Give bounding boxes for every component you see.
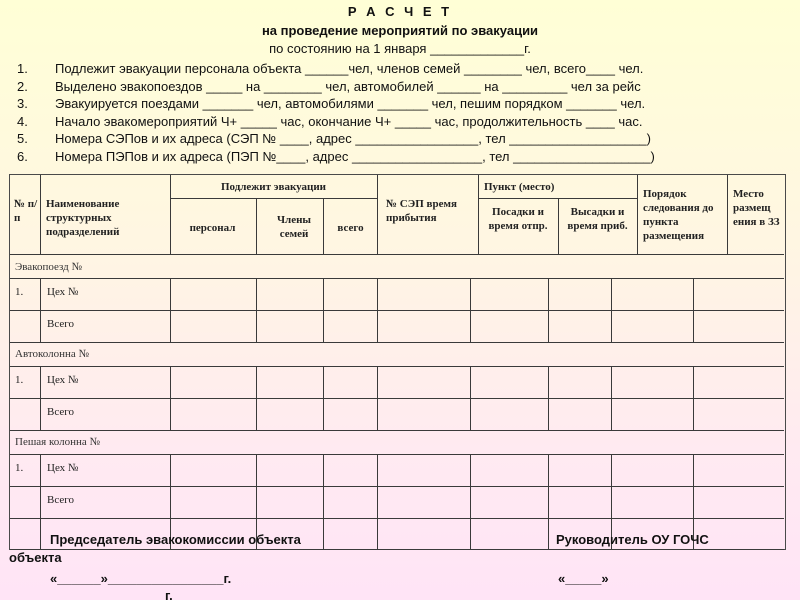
chairman-year: г. bbox=[165, 588, 173, 600]
chairman-signature-cont: объекта bbox=[9, 550, 62, 565]
grid-line bbox=[170, 366, 171, 398]
list-item: 1.Подлежит эвакуации персонала объекта _… bbox=[17, 60, 655, 78]
grid-line bbox=[377, 366, 378, 398]
grid-line bbox=[693, 454, 694, 486]
grid-line bbox=[40, 518, 41, 549]
item-text[interactable]: Эвакуируется поездами _______ чел, автом… bbox=[55, 96, 645, 111]
row-num: 1. bbox=[15, 285, 23, 299]
grid-line bbox=[693, 310, 694, 342]
list-item: 6.Номера ПЭПов и их адреса (ПЭП №____, а… bbox=[17, 148, 655, 166]
grid-line bbox=[10, 366, 784, 367]
item-text[interactable]: Начало эвакомероприятий Ч+ _____ час, ок… bbox=[55, 114, 643, 129]
grid-line bbox=[470, 366, 471, 398]
grid-line bbox=[470, 398, 471, 430]
section-title: Эвакопоезд № bbox=[15, 261, 82, 273]
grid-line bbox=[10, 454, 784, 455]
header-family: Члены семей bbox=[265, 213, 323, 241]
header-total: всего bbox=[323, 221, 378, 235]
header-landing: Высадки и время приб. bbox=[558, 205, 637, 233]
grid-line bbox=[548, 366, 549, 398]
items-list: 1.Подлежит эвакуации персонала объекта _… bbox=[17, 60, 655, 165]
grid-line bbox=[10, 518, 784, 519]
grid-line bbox=[611, 310, 612, 342]
grid-line bbox=[323, 278, 324, 310]
grid-line bbox=[256, 278, 257, 310]
grid-line bbox=[10, 342, 784, 343]
item-text[interactable]: Номера ПЭПов и их адреса (ПЭП №____, адр… bbox=[55, 149, 655, 164]
grid-line bbox=[377, 278, 378, 310]
grid-line bbox=[170, 198, 378, 199]
grid-line bbox=[548, 518, 549, 549]
grid-line bbox=[558, 198, 559, 254]
header-personnel: персонал bbox=[170, 221, 255, 235]
grid-line bbox=[170, 310, 171, 342]
grid-line bbox=[548, 454, 549, 486]
grid-line bbox=[377, 398, 378, 430]
section-title: Пешая колонна № bbox=[15, 436, 100, 448]
grid-line bbox=[10, 278, 784, 279]
grid-line bbox=[548, 310, 549, 342]
chairman-signature-label: Председатель эвакокомиссии объекта bbox=[50, 532, 301, 547]
row-num: 1. bbox=[15, 461, 23, 475]
row-name: Всего bbox=[47, 317, 74, 331]
row-name: Всего bbox=[47, 405, 74, 419]
grid-line bbox=[637, 175, 638, 254]
row-num: 1. bbox=[15, 373, 23, 387]
list-item: 3.Эвакуируется поездами _______ чел, авт… bbox=[17, 95, 655, 113]
date-line: по состоянию на 1 января _____________г. bbox=[0, 41, 800, 56]
grid-line bbox=[10, 398, 784, 399]
grid-line bbox=[323, 454, 324, 486]
grid-line bbox=[693, 366, 694, 398]
grid-line bbox=[323, 398, 324, 430]
grid-line bbox=[611, 366, 612, 398]
grid-line bbox=[40, 486, 41, 518]
row-name: Всего bbox=[47, 493, 74, 507]
grid-line bbox=[323, 198, 324, 254]
grid-line bbox=[256, 486, 257, 518]
section-title: Автоколонна № bbox=[15, 348, 89, 360]
grid-line bbox=[693, 486, 694, 518]
item-text[interactable]: Номера СЭПов и их адреса (СЭП № ____, ад… bbox=[55, 131, 651, 146]
row-name: Цех № bbox=[47, 285, 78, 299]
list-item: 2.Выделено эвакопоездов _____ на _______… bbox=[17, 78, 655, 96]
grid-line bbox=[40, 454, 41, 486]
header-place: Место размещ ения в ЗЗ bbox=[733, 187, 783, 229]
header-boarding: Посадки и время отпр. bbox=[478, 205, 558, 233]
grid-line bbox=[170, 486, 171, 518]
chairman-date[interactable]: «______»________________г. bbox=[50, 571, 231, 586]
list-item: 4.Начало эвакомероприятий Ч+ _____ час, … bbox=[17, 113, 655, 131]
grid-line bbox=[470, 486, 471, 518]
grid-line bbox=[377, 486, 378, 518]
grid-line bbox=[40, 278, 41, 310]
grid-line bbox=[10, 310, 784, 311]
grid-line bbox=[693, 398, 694, 430]
header-evac-group: Подлежит эвакуации bbox=[170, 180, 377, 194]
grid-line bbox=[727, 175, 728, 254]
header-order: Порядок следования до пункта размещения bbox=[643, 187, 733, 243]
header-name: Наименование структурных подразделений bbox=[46, 197, 171, 239]
head-signature-label: Руководитель ОУ ГОЧС bbox=[556, 532, 709, 547]
list-item: 5.Номера СЭПов и их адреса (СЭП № ____, … bbox=[17, 130, 655, 148]
grid-line bbox=[256, 198, 257, 254]
grid-line bbox=[256, 454, 257, 486]
grid-line bbox=[470, 278, 471, 310]
header-num: № п/ п bbox=[14, 197, 40, 225]
row-name: Цех № bbox=[47, 461, 78, 475]
grid-line bbox=[170, 454, 171, 486]
head-date[interactable]: «_____» bbox=[558, 571, 609, 586]
grid-line bbox=[40, 398, 41, 430]
grid-line bbox=[470, 454, 471, 486]
row-name: Цех № bbox=[47, 373, 78, 387]
item-text[interactable]: Подлежит эвакуации персонала объекта ___… bbox=[55, 61, 643, 76]
grid-line bbox=[548, 398, 549, 430]
grid-line bbox=[10, 430, 784, 431]
grid-line bbox=[611, 454, 612, 486]
grid-line bbox=[170, 278, 171, 310]
grid-line bbox=[470, 310, 471, 342]
grid-line bbox=[10, 549, 784, 550]
grid-line bbox=[377, 518, 378, 549]
evacuation-table: № п/ п Наименование структурных подразде… bbox=[9, 174, 786, 550]
header-sep: № СЭП время прибытия bbox=[386, 197, 476, 225]
grid-line bbox=[323, 518, 324, 549]
grid-line bbox=[256, 366, 257, 398]
grid-line bbox=[611, 486, 612, 518]
grid-line bbox=[693, 278, 694, 310]
grid-line bbox=[323, 366, 324, 398]
grid-line bbox=[548, 278, 549, 310]
grid-line bbox=[40, 366, 41, 398]
grid-line bbox=[10, 486, 784, 487]
grid-line bbox=[256, 310, 257, 342]
grid-line bbox=[377, 310, 378, 342]
grid-line bbox=[611, 398, 612, 430]
item-text[interactable]: Выделено эвакопоездов _____ на ________ … bbox=[55, 79, 641, 94]
grid-line bbox=[40, 310, 41, 342]
grid-line bbox=[548, 486, 549, 518]
grid-line bbox=[470, 518, 471, 549]
grid-line bbox=[323, 486, 324, 518]
grid-line bbox=[377, 175, 378, 254]
grid-line bbox=[170, 175, 171, 254]
grid-line bbox=[256, 398, 257, 430]
grid-line bbox=[611, 278, 612, 310]
grid-line bbox=[40, 175, 41, 254]
grid-line bbox=[323, 310, 324, 342]
grid-line bbox=[10, 254, 784, 255]
header-point-group: Пункт (место) bbox=[484, 180, 634, 194]
grid-line bbox=[478, 175, 479, 254]
document-subtitle: на проведение мероприятий по эвакуации bbox=[0, 23, 800, 38]
document-title: Р А С Ч Е Т bbox=[0, 4, 800, 19]
grid-line bbox=[377, 454, 378, 486]
grid-line bbox=[170, 398, 171, 430]
